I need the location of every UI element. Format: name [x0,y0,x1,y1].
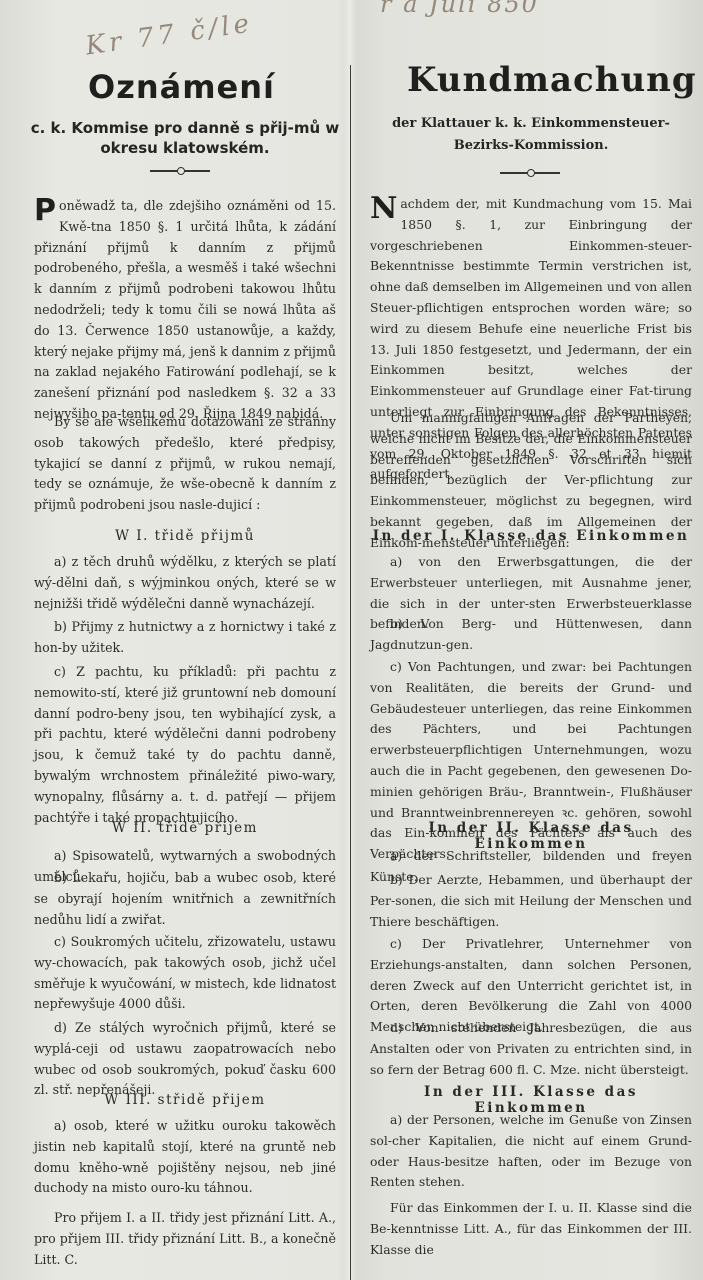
german-subtitle-line1: der Klattauer k. k. Einkommensteuer- [366,113,696,135]
ornament-divider-right [500,172,560,174]
german-subtitle-line2: Bezirks-Kommission. [366,135,696,157]
ornament-divider-left [150,170,210,172]
german-class2-item: d) Von stehenden Jahresbezügen, die aus … [370,1018,692,1080]
czech-closing: Pro přijem I. a II. třidy jest přiznání … [34,1208,336,1270]
czech-class2-item: d) Ze stálých wyročnich přijmů, které se… [34,1018,336,1101]
czech-class2-item: c) Soukromých učitelu, zřizowatelu, usta… [34,932,336,1015]
czech-class1-item: a) z těch druhů wýdělku, z kterých se pl… [34,552,336,614]
german-class2-item: b) Der Aerzte, Hebammen, und überhaupt d… [370,870,692,932]
czech-class1-heading: W I. třidě přijmů [34,528,336,544]
czech-class2-heading: W II. třidě přijem [34,820,336,836]
czech-subtitle: c. k. Kommise pro danně s přij-mů w okre… [30,118,340,158]
document-sheet: Kr 77 č/le r a Juli 850 Oznámení c. k. K… [0,0,703,1280]
drop-cap: P [34,198,56,224]
handwritten-note-right: r a Juli 850 [380,0,539,18]
german-subtitle: der Klattauer k. k. Einkommensteuer- Bez… [366,113,696,157]
czech-class1-item: c) Z pachtu, ku příkladů: při pachtu z n… [34,662,336,828]
czech-class2-item: b) Lekařu, hojiču, bab a wubec osob, kte… [34,868,336,930]
german-title: Kundmachung [407,60,697,100]
czech-class3-heading: W III. střidě přijem [34,1092,336,1108]
czech-class1-item: b) Přijmy z hutnictwy a z hornictwy i ta… [34,617,336,659]
czech-title: Oznámení [88,68,275,106]
czech-intro-text: oněwadž ta, dle zdejšiho oznáměni od 15.… [34,198,336,421]
czech-class3-item: a) osob, které w užitku ouroku takowěch … [34,1116,336,1199]
czech-paragraph-2: By se ale wšelikému dotazowáni ze strann… [34,412,336,516]
czech-intro-paragraph: Poněwadž ta, dle zdejšiho oznáměni od 15… [34,196,336,425]
column-divider [350,65,351,1280]
german-class1-heading: In der I. Klasse das Einkommen [370,528,692,544]
handwritten-note-left: Kr 77 č/le [84,8,255,61]
german-closing: Für das Einkommen der I. u. II. Klasse s… [370,1198,692,1260]
german-class3-item: a) der Personen, welche im Genuße von Zi… [370,1110,692,1193]
german-class1-item: b) Von Berg- und Hüttenwesen, dann Jagdn… [370,614,692,656]
drop-cap: N [370,196,397,222]
